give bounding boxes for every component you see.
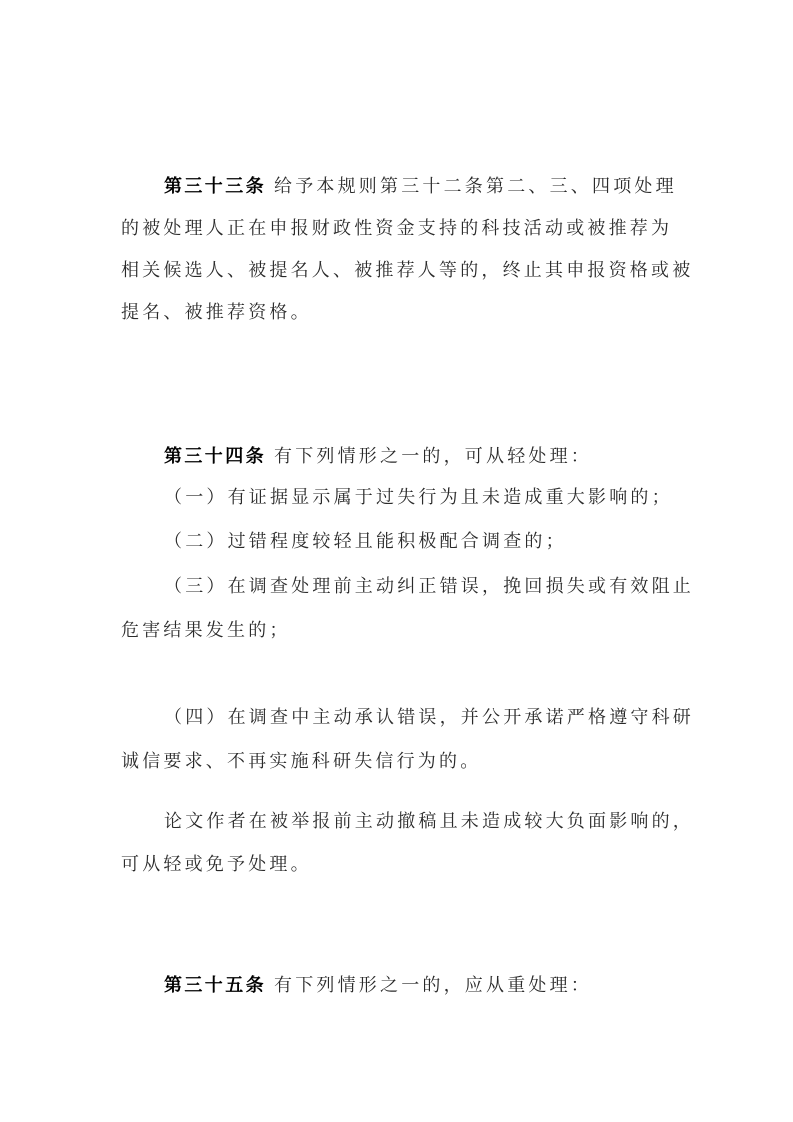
article-34-intro: 有下列情形之一的，可从轻处理： (274, 446, 592, 467)
article-34-item-3-cont: 危害结果发生的； (121, 619, 681, 643)
article-35-line-1: 第三十五条有下列情形之一的，应从重处理： (164, 974, 724, 998)
article-34-item-4-cont: 诚信要求、不再实施科研失信行为的。 (121, 750, 681, 774)
article-34-item-3: （三）在调查处理前主动纠正错误，挽回损失或有效阻止 (164, 575, 724, 599)
article-33-text: 给予本规则第三十二条第二、三、四项处理 (274, 176, 677, 197)
article-34-note: 论文作者在被举报前主动撤稿且未造成较大负面影响的， (164, 810, 724, 834)
article-34-note-cont: 可从轻或免予处理。 (121, 853, 681, 877)
article-34-item-1: （一）有证据显示属于过失行为且未造成重大影响的； (164, 486, 724, 510)
document-page: 第三十三条给予本规则第三十二条第二、三、四项处理 的被处理人正在申报财政性资金支… (0, 0, 793, 1122)
article-34-heading: 第三十四条 (164, 446, 266, 467)
article-34-line-1: 第三十四条有下列情形之一的，可从轻处理： (164, 445, 724, 469)
article-35-heading: 第三十五条 (164, 975, 266, 996)
article-33-heading: 第三十三条 (164, 176, 266, 197)
article-34-item-2: （二）过错程度较轻且能积极配合调查的； (164, 530, 724, 554)
article-33-line-2: 的被处理人正在申报财政性资金支持的科技活动或被推荐为 (121, 217, 681, 241)
article-33-line-4: 提名、被推荐资格。 (121, 301, 681, 325)
article-33-line-1: 第三十三条给予本规则第三十二条第二、三、四项处理 (164, 175, 724, 199)
article-34-item-4: （四）在调查中主动承认错误，并公开承诺严格遵守科研 (164, 706, 724, 730)
article-33-line-3: 相关候选人、被提名人、被推荐人等的，终止其申报资格或被 (121, 259, 681, 283)
article-35-intro: 有下列情形之一的，应从重处理： (274, 975, 592, 996)
